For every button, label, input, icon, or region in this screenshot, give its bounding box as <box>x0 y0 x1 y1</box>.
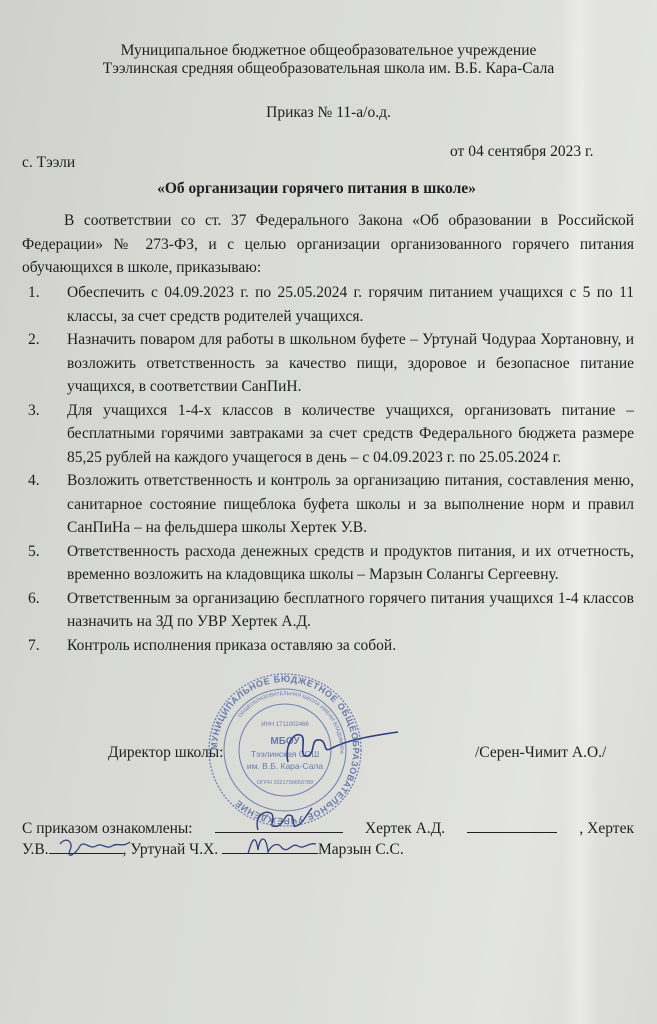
preamble-text: В соответствии со ст. 37 Федерального За… <box>22 212 634 276</box>
item-number: 6. <box>28 587 40 611</box>
institution-line-1: Муниципальное бюджетное общеобразователь… <box>0 42 657 60</box>
ack-person: Марзын С.С. <box>318 841 404 858</box>
item-number: 2. <box>28 328 40 352</box>
order-number: Приказ № 11-а/о.д. <box>0 104 657 122</box>
ack-person: , Хертек <box>579 818 634 839</box>
director-signature-icon <box>258 722 408 772</box>
signature-line <box>467 818 557 833</box>
item-text: Для учащихся 1-4-х классов в количестве … <box>67 402 634 466</box>
director-label: Директор школы: <box>108 744 223 762</box>
preamble: В соответствии со ст. 37 Федерального За… <box>22 209 634 280</box>
item-number: 3. <box>28 399 40 423</box>
item-text: Назначить поваром для работы в школьном … <box>67 331 634 395</box>
item-number: 7. <box>28 634 40 658</box>
signature-urtunai-icon <box>242 830 322 864</box>
document-page: Муниципальное бюджетное общеобразователь… <box>0 0 657 1024</box>
item-number: 5. <box>28 540 40 564</box>
institution-line-2: Тээлинская средняя общеобразовательная ш… <box>0 60 657 78</box>
director-name: /Серен-Чимит А.О./ <box>475 744 606 762</box>
signature-khertek-uv-icon <box>56 832 136 866</box>
order-item: 5.Ответственность расхода денежных средс… <box>22 540 634 587</box>
ack-person: Уртунай Ч.Х. <box>130 841 218 858</box>
item-text: Обеспечить с 04.09.2023 г. по 25.05.2024… <box>67 284 634 325</box>
order-item: 4.Возложить ответственность и контроль з… <box>22 469 634 540</box>
item-text: Возложить ответственность и контроль за … <box>67 472 634 536</box>
order-item: 3.Для учащихся 1-4-х классов в количеств… <box>22 399 634 470</box>
ack-person-initials: У.В. <box>22 841 49 858</box>
order-item: 1.Обеспечить с 04.09.2023 г. по 25.05.20… <box>22 281 634 328</box>
place: с. Тээли <box>22 154 75 172</box>
svg-text:ОГРН 1021700659789: ОГРН 1021700659789 <box>257 780 313 786</box>
item-number: 4. <box>28 469 40 493</box>
order-item: 2.Назначить поваром для работы в школьно… <box>22 328 634 399</box>
order-date: от 04 сентября 2023 г. <box>450 143 594 161</box>
order-item: 7.Контроль исполнения приказа оставляю з… <box>22 634 634 658</box>
ack-person: Хертек А.Д. <box>365 818 445 839</box>
item-text: Ответственность расхода денежных средств… <box>67 543 634 584</box>
item-number: 1. <box>28 281 40 305</box>
order-item: 6.Ответственным за организацию бесплатно… <box>22 587 634 634</box>
item-text: Контроль исполнения приказа оставляю за … <box>67 637 396 654</box>
item-text: Ответственным за организацию бесплатного… <box>67 590 634 631</box>
order-items: 1.Обеспечить с 04.09.2023 г. по 25.05.20… <box>22 281 634 657</box>
order-title: «Об организации горячего питания в школе… <box>0 180 645 198</box>
